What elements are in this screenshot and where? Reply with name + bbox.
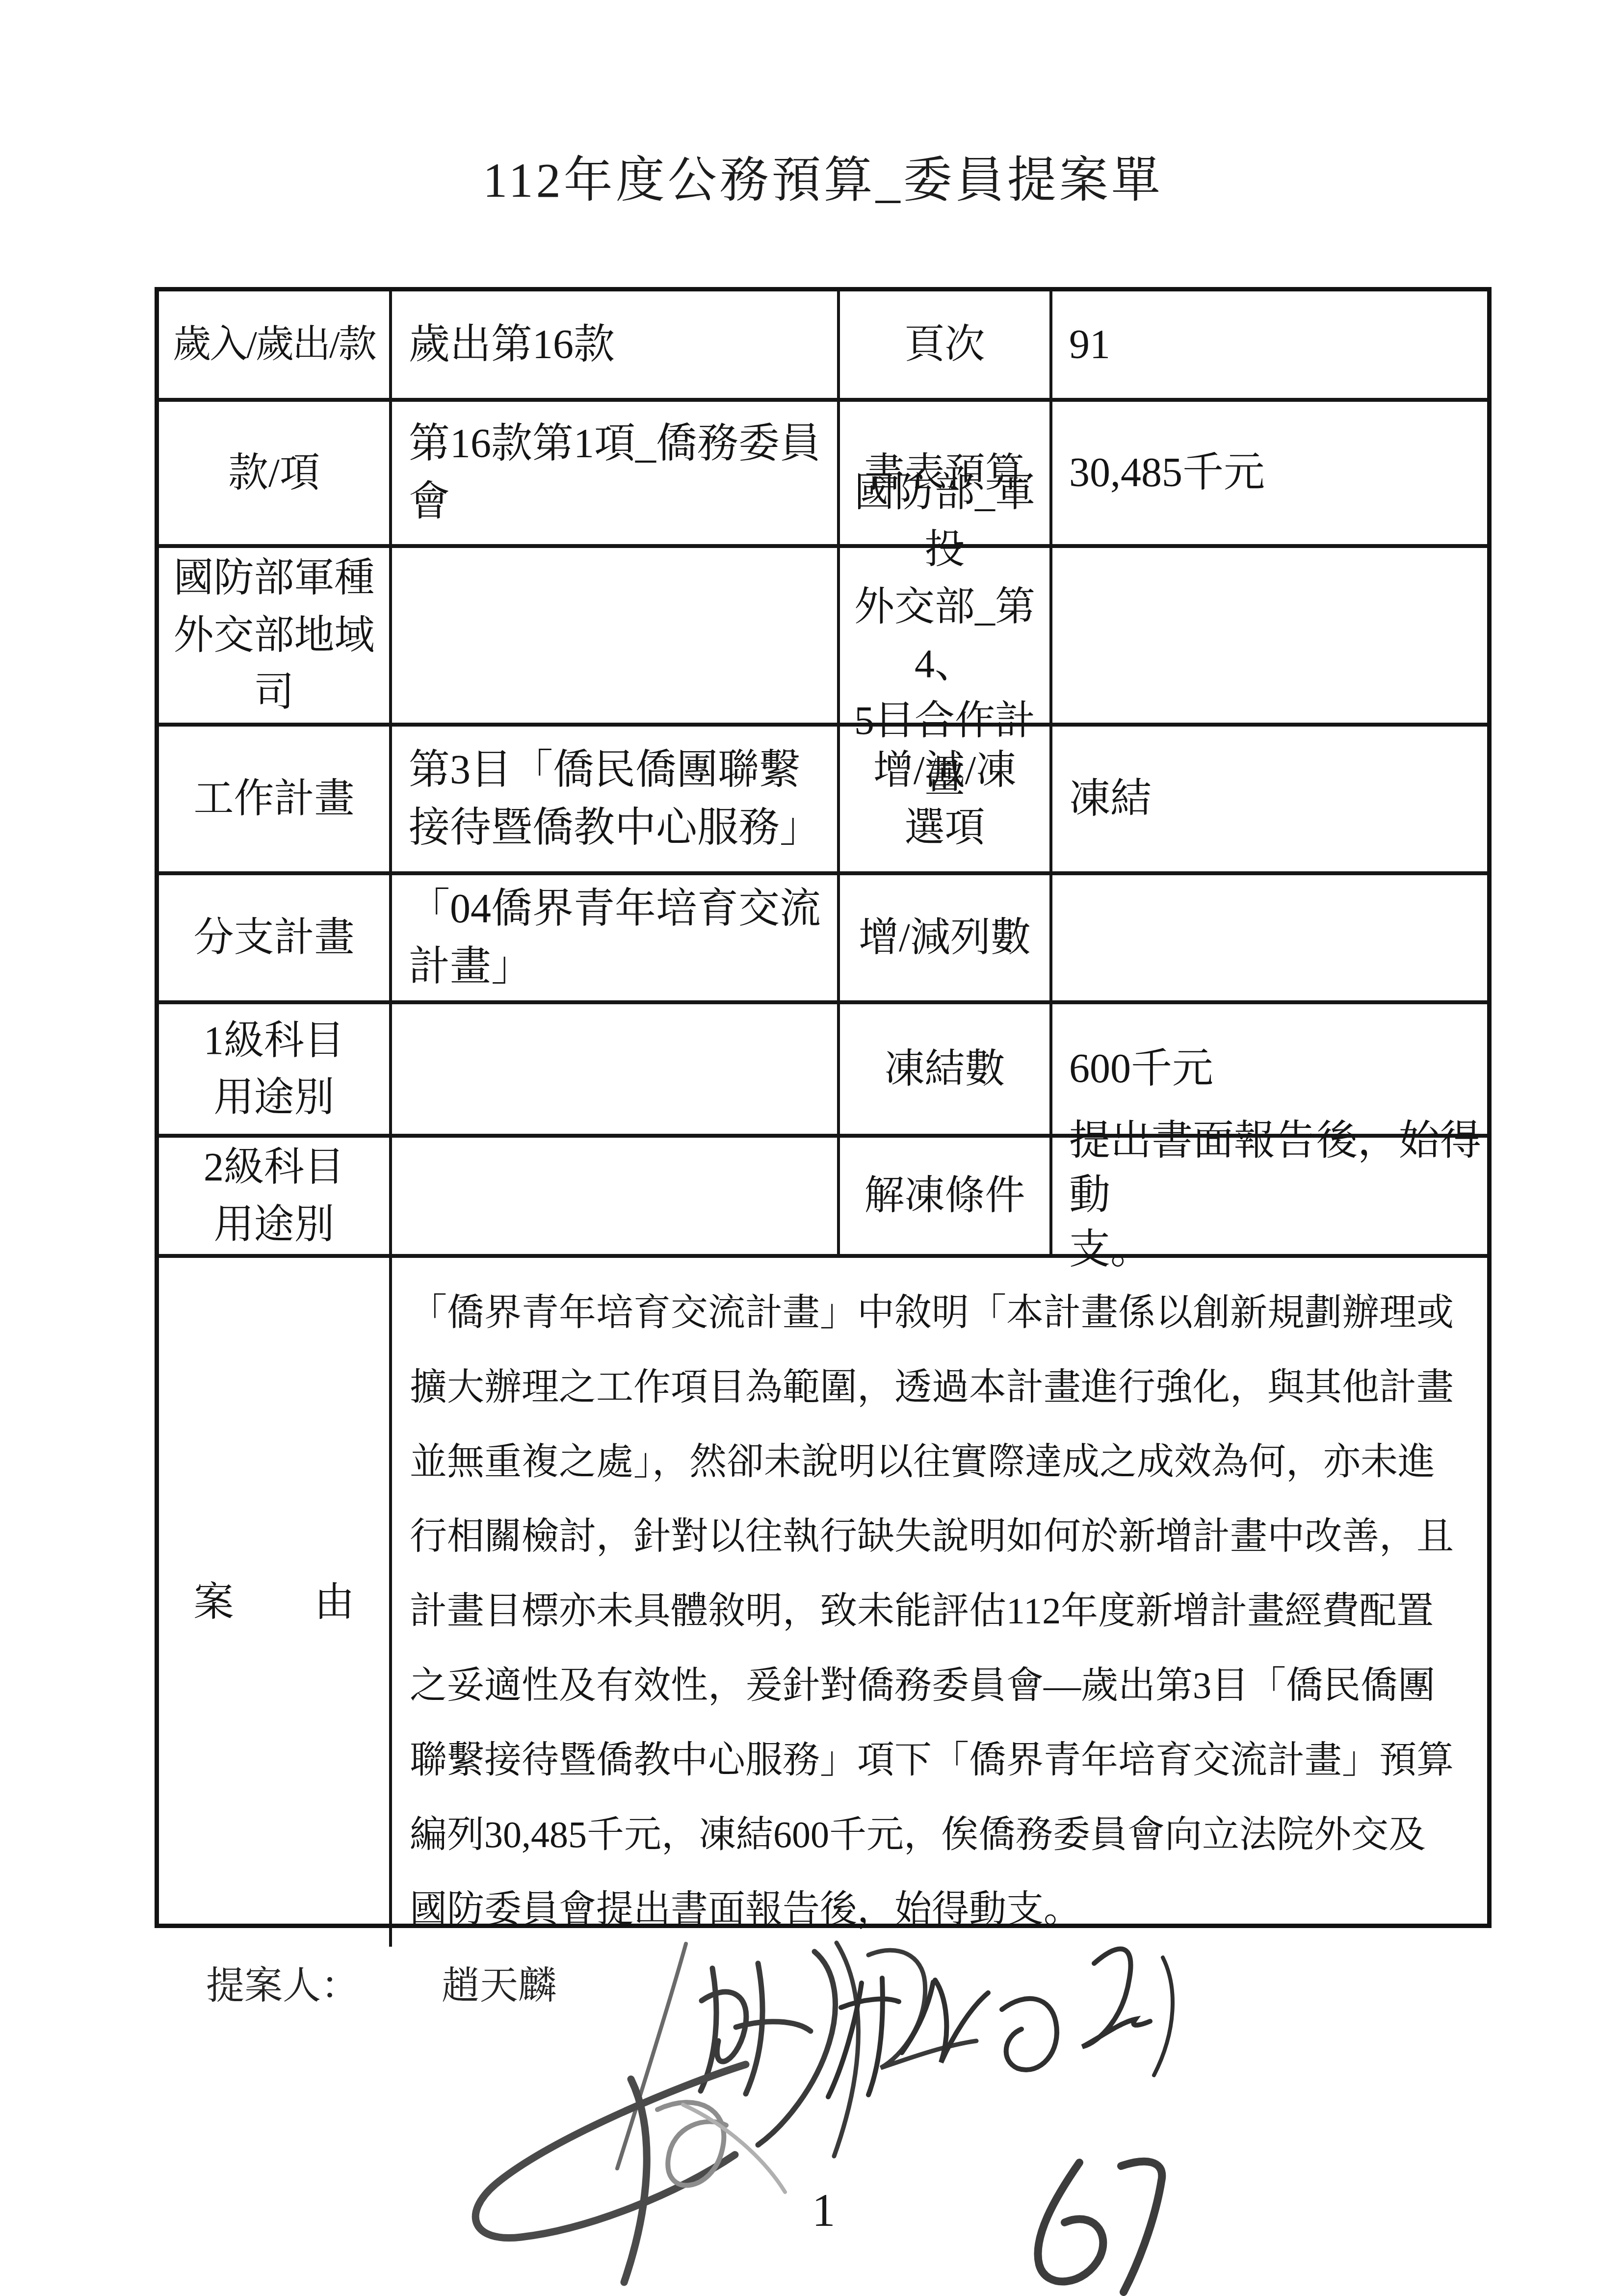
proposer-label: 提案人： (206, 1964, 359, 2007)
row-value: 30,485千元 (1052, 402, 1487, 548)
scanned-budget-proposal-page: { "title": "112年度公務預算_委員提案單", "table": {… (0, 0, 1624, 2296)
row-label: 1級科目 用途別 (159, 1004, 392, 1138)
row-value (392, 548, 840, 727)
row-value: 「04僑界青年培育交流 計畫」 (392, 875, 840, 1004)
row-value: 第16款第1項_僑務委員 會 (392, 402, 840, 548)
row-value: 凍結 (1052, 727, 1487, 875)
row-value (392, 1138, 840, 1258)
row-value: 提出書面報告後，始得動 支。 (1052, 1138, 1487, 1258)
proposer-name: 趙天麟 (442, 1964, 556, 2007)
row-value: 第3目「僑民僑團聯繫 接待暨僑教中心服務」 (392, 727, 840, 875)
row-value (392, 1004, 840, 1138)
signature-stroke-group-2 (828, 1949, 1173, 2097)
signature-stroke-group-3 (475, 2064, 785, 2282)
row-label: 增/減列數 (840, 875, 1052, 1004)
row-label: 工作計畫 (159, 727, 392, 875)
row-value: 91 (1052, 291, 1487, 402)
row-label: 分支計畫 (159, 875, 392, 1004)
row-label: 2級科目 用途別 (159, 1138, 392, 1258)
row-label: 國防部軍種 外交部地域 司 (159, 548, 392, 727)
row-label: 解凍條件 (840, 1138, 1052, 1258)
case-description: 「僑界青年培育交流計畫」中敘明「本計畫係以創新規劃辦理或 擴大辦理之工作項目為範… (392, 1258, 1487, 1947)
row-value (1052, 875, 1487, 1004)
case-label: 案 由 (159, 1258, 392, 1947)
proposal-table: 歲入/歲出/款 歲出第16款 頁次 91 款/項 第16款第1項_僑務委員 會 … (155, 287, 1492, 1928)
row-label: 增/減/凍 選項 (840, 727, 1052, 875)
row-label: 凍結數 (840, 1004, 1052, 1138)
row-label: 國防部_軍投 外交部_第4、 5目合作計畫 (840, 548, 1052, 727)
signature-stroke-group-1 (617, 1943, 976, 2168)
proposer-line: 提案人：趙天麟 (206, 1955, 556, 2010)
page-number: 1 (812, 2183, 836, 2237)
row-value (1052, 548, 1487, 727)
handwritten-number-67 (1038, 2162, 1162, 2292)
page-title: 112年度公務預算_委員提案單 (155, 147, 1492, 213)
row-label: 款/項 (159, 402, 392, 548)
row-label: 歲入/歲出/款 (159, 291, 392, 402)
row-value: 歲出第16款 (392, 291, 840, 402)
row-label: 頁次 (840, 291, 1052, 402)
